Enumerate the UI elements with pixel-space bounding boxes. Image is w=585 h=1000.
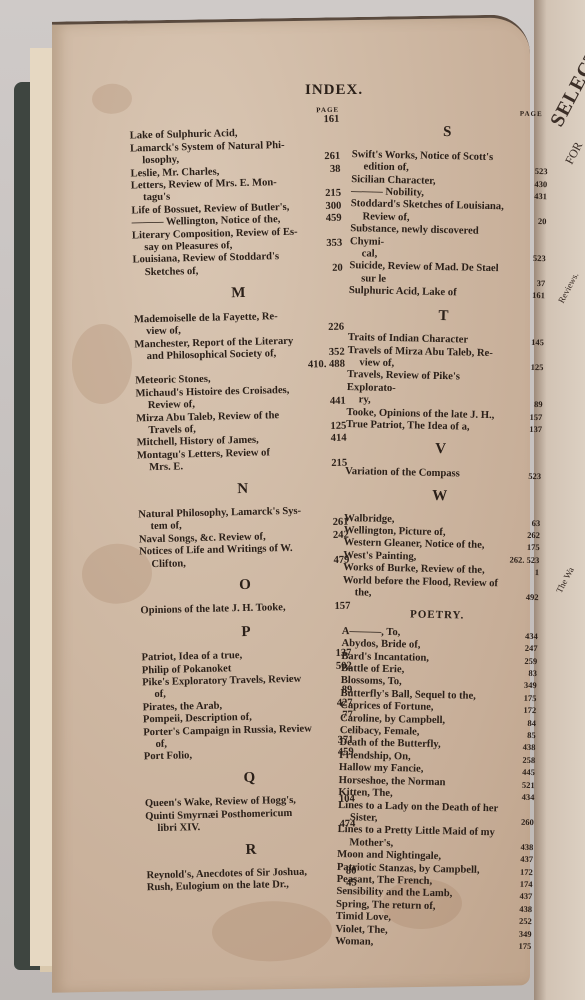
entry-page-number: 172 — [523, 704, 536, 717]
entry-page-number: 215 — [325, 188, 341, 201]
index-entry: Sulphuric Acid, Lake of161 — [349, 285, 539, 301]
section-letter: O — [140, 577, 350, 594]
entry-page-number: 258 — [522, 754, 535, 767]
entry-page-number: 38 — [330, 163, 341, 176]
entry-page-number: 161 — [532, 289, 545, 302]
section-letter: V — [346, 441, 536, 457]
entry-page-number: 175 — [518, 940, 531, 953]
entry-page-number: 492 — [526, 591, 539, 604]
entry-page-number: 125 — [531, 361, 544, 374]
entry-page-number: 63 — [532, 517, 541, 530]
entry-page-number: 175 — [527, 541, 540, 554]
entry-page-number: 437 — [519, 890, 532, 903]
entry-page-number: 410. 488 — [308, 359, 345, 372]
section-letter: R — [146, 841, 356, 858]
section-letter: Q — [144, 769, 354, 786]
entry-page-number: 349 — [519, 927, 532, 940]
entry-page-number: 145 — [531, 336, 544, 349]
index-entry: True Patriot, The Idea of a,137 — [346, 419, 536, 435]
section-letter: N — [138, 480, 348, 497]
entry-page-number: 445 — [522, 766, 535, 779]
entry-page-number: 441 — [330, 396, 346, 409]
entry-page-number: 353 — [326, 238, 342, 251]
entry-text: True Patriot, The Idea of a, — [346, 419, 508, 435]
entry-page-number: 175 — [524, 692, 537, 705]
entry-page-number: 459 — [326, 213, 342, 226]
entry-page-number: 84 — [527, 717, 536, 730]
index-entry: Montagu's Letters, Review ofMrs. E.215 — [137, 445, 348, 475]
section-letter: M — [133, 285, 343, 302]
entry-page-number: 20 — [538, 215, 547, 228]
index-content: INDEX. PAGE161Lake of Sulphuric Acid,Lam… — [0, 0, 585, 1000]
index-entry: Quinti Smyrnæi Posthomericumlibri XIV.47… — [145, 806, 356, 836]
entry-page-number: 125 — [330, 421, 346, 434]
section-letter: S — [352, 125, 542, 141]
entry-page-number: 172 — [520, 865, 533, 878]
entry-page-number: 523 — [533, 252, 546, 265]
entry-page-number: 430 — [534, 178, 547, 191]
entry-page-number: 89 — [534, 398, 543, 411]
entry-page-number: 521 — [522, 778, 535, 791]
entry-page-number: 260 — [521, 816, 534, 829]
entry-page-number: 252 — [519, 915, 532, 928]
entry-page-number: 259 — [524, 654, 537, 667]
entry-page-number: 247 — [525, 642, 538, 655]
entry-page-number: 85 — [527, 729, 536, 742]
entry-page-number: 437 — [520, 853, 533, 866]
entry-page-number: 523 — [528, 470, 541, 483]
entry-text: Sulphuric Acid, Lake of — [349, 285, 511, 301]
entry-page-number: 174 — [520, 878, 533, 891]
entry-page-number: 349 — [524, 679, 537, 692]
entry-text: Opinions of the late J. H. Tooke, — [140, 602, 322, 619]
entry-text: Variation of the Compass — [345, 466, 507, 482]
index-entry: Woman,175 — [335, 936, 525, 952]
poetry-heading: POETRY. — [342, 607, 532, 623]
entry-page-number: 438 — [523, 741, 536, 754]
page-column-label: PAGE — [353, 104, 543, 120]
index-entry: Substance, newly discovered Chymi-cal,52… — [350, 223, 541, 264]
entry-page-number: 438 — [519, 903, 532, 916]
entry-page-number: 352 — [329, 347, 345, 360]
entry-page-number: 414 — [331, 433, 347, 446]
entry-page-number: 226 — [328, 322, 344, 335]
entry-page-number: 261 — [324, 151, 340, 164]
entry-page-number: 83 — [528, 667, 537, 680]
section-letter: P — [141, 623, 351, 640]
index-entry: Notices of Life and Writings of W.Clifto… — [139, 542, 350, 572]
entry-page-number: 1 — [535, 566, 540, 578]
entry-text: Travels, Review of Pike's Explorato- — [347, 369, 509, 397]
entry-page-number: 37 — [537, 277, 546, 290]
index-entry: Opinions of the late J. H. Tooke,157 — [140, 601, 350, 618]
entry-page-number: 137 — [529, 423, 542, 436]
section-letter: W — [345, 488, 535, 504]
entry-page-number: 438 — [520, 840, 533, 853]
page-title: INDEX. — [305, 82, 363, 99]
entry-page-number: 300 — [325, 201, 341, 214]
index-entry: Variation of the Compass523 — [345, 466, 535, 482]
entry-page-number: 262. 523 — [509, 553, 539, 566]
index-left-column: PAGE161Lake of Sulphuric Acid,Lamarck's … — [129, 104, 357, 895]
entry-page-number: 523 — [535, 165, 548, 178]
index-right-column: PAGESSwift's Works, Notice of Scott'sedi… — [335, 104, 543, 952]
entry-page-number: 20 — [332, 263, 343, 276]
entry-page-number: 157 — [529, 410, 542, 423]
entry-text: Substance, newly discovered Chymi- — [350, 223, 512, 251]
index-entry: World before the Flood, Review ofthe,492 — [342, 575, 532, 604]
index-entry: Louisiana, Review of Stoddard'sSketches … — [132, 250, 343, 280]
entry-text: Woman, — [335, 936, 497, 952]
entry-page-number: 434 — [525, 630, 538, 643]
section-letter: T — [348, 308, 538, 324]
index-entry: Travels, Review of Pike's Explorato-ry,8… — [347, 369, 538, 410]
entry-page-number: 431 — [534, 190, 547, 203]
entry-page-number: 262 — [527, 529, 540, 542]
entry-page-number: 434 — [522, 791, 535, 804]
entry-page-number: 161 — [323, 114, 339, 127]
